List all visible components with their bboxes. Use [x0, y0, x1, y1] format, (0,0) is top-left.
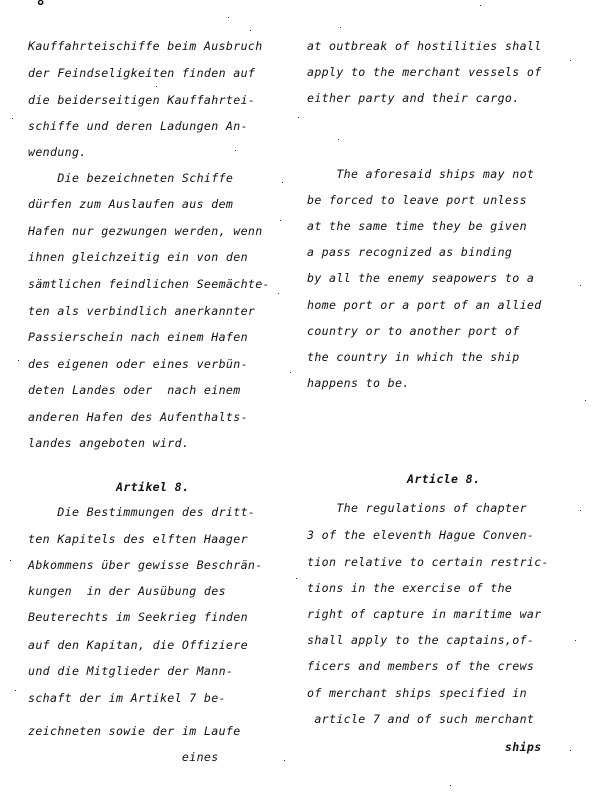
text-line: auf den Kapitan, die Offiziere: [28, 638, 248, 652]
text-line: Abkommens über gewisse Beschrän-: [28, 558, 263, 572]
text-line: Passierschein nach einem Hafen: [28, 330, 248, 344]
text-line: The regulations of chapter: [307, 501, 527, 515]
text-line: ships: [307, 740, 542, 754]
text-line: the country in which the ship: [307, 350, 520, 364]
text-line: ficers and members of the crews: [307, 659, 534, 673]
text-line: a pass recognized as binding: [307, 245, 512, 259]
text-line: die beiderseitigen Kauffahrtei-: [28, 93, 255, 107]
text-line: kungen in der Ausübung des: [28, 584, 226, 598]
page-number-mark: 8: [37, 0, 44, 8]
text-line: either party and their cargo.: [307, 91, 520, 105]
text-line: article 7 and of such merchant: [307, 712, 534, 726]
text-line: shall apply to the captains,of-: [307, 633, 534, 647]
text-line: be forced to leave port unless: [307, 193, 527, 207]
text-line: landes angeboten wird.: [28, 436, 189, 450]
text-line: tions in the exercise of the: [307, 581, 512, 595]
text-line: at the same time they be given: [307, 219, 527, 233]
text-line: country or to another port of: [307, 324, 520, 338]
text-line: apply to the merchant vessels of: [307, 65, 542, 79]
text-line: wendung.: [28, 145, 87, 159]
text-line: Die bezeichneten Schiffe: [28, 171, 233, 185]
text-line: dürfen zum Auslaufen aus dem: [28, 197, 233, 211]
text-line: anderen Hafen des Aufenthalts-: [28, 410, 248, 424]
text-line: deten Landes oder nach einem: [28, 383, 241, 397]
text-line: ihnen gleichzeitig ein von den: [28, 250, 248, 264]
text-line: zeichneten sowie der im Laufe: [28, 724, 241, 738]
article-heading: Article 8.: [407, 472, 480, 486]
text-line: of merchant ships specified in: [307, 686, 527, 700]
text-line: der Feindseligkeiten finden auf: [28, 66, 255, 80]
text-line: sämtlichen feindlichen Seemächte-: [28, 277, 270, 291]
text-line: 3 of the eleventh Hague Conven-: [307, 528, 534, 542]
text-line: at outbreak of hostilities shall: [307, 39, 542, 53]
text-line: des eigenen oder eines verbün-: [28, 357, 248, 371]
text-line: ten Kapitels des elften Haager: [28, 532, 248, 546]
text-line: Kauffahrteischiffe beim Ausbruch: [28, 39, 263, 53]
text-line: Beuterechts im Seekrieg finden: [28, 610, 248, 624]
text-line: schiffe und deren Ladungen An-: [28, 119, 248, 133]
text-line: ten als verbindlich anerkannter: [28, 304, 255, 318]
text-line: by all the enemy seapowers to a: [307, 271, 534, 285]
text-line: The aforesaid ships may not: [307, 167, 534, 181]
text-line: home port or a port of an allied: [307, 298, 542, 312]
text-line: tion relative to certain restric-: [307, 555, 549, 569]
text-line: Hafen nur gezwungen werden, wenn: [28, 224, 263, 238]
text-line: und die Mitglieder der Mann-: [28, 664, 233, 678]
text-line: eines: [28, 750, 219, 764]
text-line: right of capture in maritime war: [307, 607, 542, 621]
text-line: happens to be.: [307, 376, 410, 390]
text-line: schaft der im Artikel 7 be-: [28, 691, 226, 705]
text-line: Die Bestimmungen des dritt-: [28, 505, 255, 519]
article-heading: Artikel 8.: [116, 480, 189, 494]
